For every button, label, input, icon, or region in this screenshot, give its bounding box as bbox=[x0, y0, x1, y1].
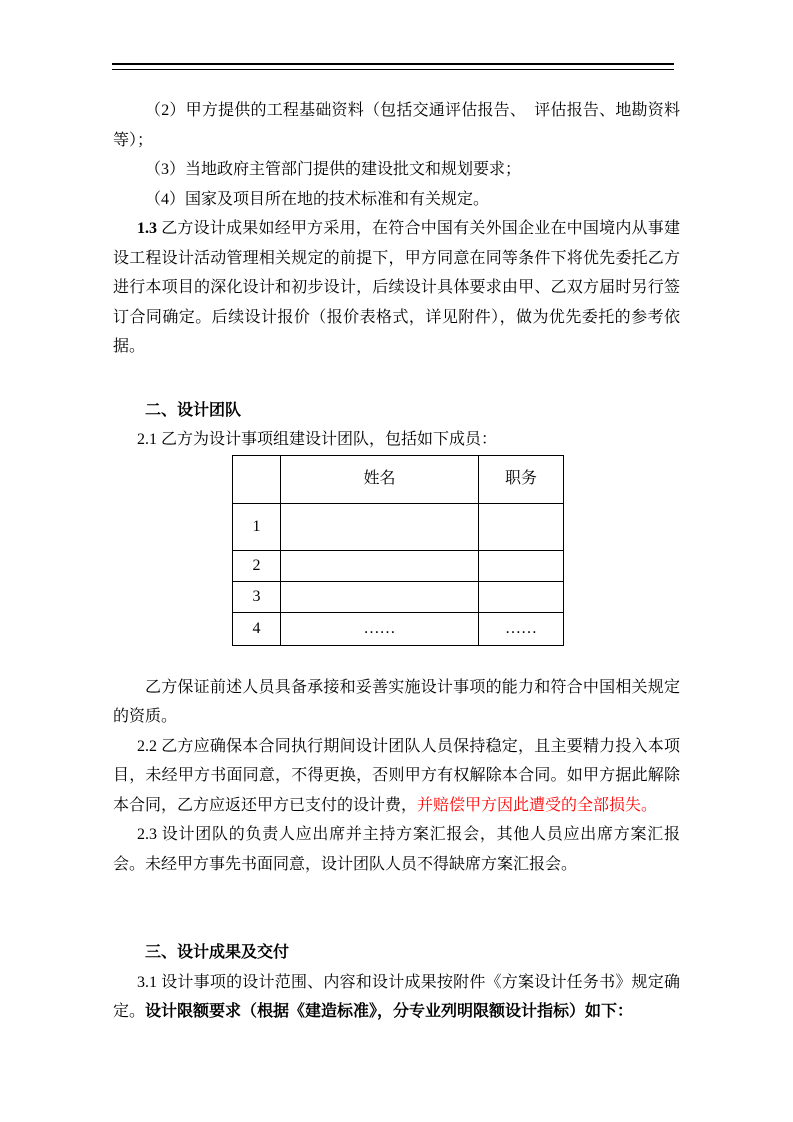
table-cell-name bbox=[281, 550, 479, 581]
paragraph-basis-item-2: （2）甲方提供的工程基础资料（包括交通评估报告、 评估报告、地勘资料等）； bbox=[113, 96, 680, 155]
paragraph-team-guarantee: 乙方保证前述人员具备承接和妥善实施设计事项的能力和符合中国相关规定的资质。 bbox=[113, 673, 680, 732]
paragraph-clause-2-2: 2.2 乙方应确保本合同执行期间设计团队人员保持稳定，且主要精力投入本项目，未经… bbox=[113, 732, 680, 821]
paragraph-clause-3-1: 3.1 设计事项的设计范围、内容和设计成果按附件《方案设计任务书》规定确定。设计… bbox=[113, 968, 680, 1027]
design-team-table: 姓名 职务 1 2 3 bbox=[232, 455, 564, 646]
table-row: 4 …… …… bbox=[233, 612, 564, 645]
table-cell-title bbox=[479, 550, 564, 581]
section-heading-design-team: 二、设计团队 bbox=[113, 396, 680, 426]
table-header-row: 姓名 职务 bbox=[233, 455, 564, 503]
table-header-cell-title: 职务 bbox=[479, 455, 564, 503]
table-cell-name bbox=[281, 503, 479, 550]
bold-requirement-text: 设计限额要求（根据《建造标准》，分专业列明限额设计指标）如下： bbox=[145, 1003, 633, 1020]
table-row: 2 bbox=[233, 550, 564, 581]
table-cell-index: 4 bbox=[233, 612, 281, 645]
paragraph-text: 乙方设计成果如经甲方采用，在符合中国有关外国企业在中国境内从事建设工程设计活动管… bbox=[113, 220, 680, 355]
table-cell-index: 1 bbox=[233, 503, 281, 550]
table-header-cell-name: 姓名 bbox=[281, 455, 479, 503]
document-body: （2）甲方提供的工程基础资料（包括交通评估报告、 评估报告、地勘资料等）； （3… bbox=[113, 96, 680, 1027]
heading-text: 三、设计成果及交付 bbox=[145, 944, 289, 961]
paragraph-text: 2.3 设计团队的负责人应出席并主持方案汇报会，其他人员应出席方案汇报会。未经甲… bbox=[113, 826, 680, 873]
paragraph-text: （3）当地政府主管部门提供的建设批文和规划要求； bbox=[145, 161, 521, 178]
heading-text: 二、设计团队 bbox=[145, 402, 241, 419]
table-cell-name bbox=[281, 581, 479, 612]
table-cell-index: 3 bbox=[233, 581, 281, 612]
table-cell-title bbox=[479, 581, 564, 612]
header-separator-line bbox=[112, 63, 674, 70]
paragraph-clause-2-3: 2.3 设计团队的负责人应出席并主持方案汇报会，其他人员应出席方案汇报会。未经甲… bbox=[113, 820, 680, 879]
paragraph-basis-item-3: （3）当地政府主管部门提供的建设批文和规划要求； bbox=[113, 155, 680, 185]
document-page: （2）甲方提供的工程基础资料（包括交通评估报告、 评估报告、地勘资料等）； （3… bbox=[0, 0, 793, 1122]
design-team-table-wrapper: 姓名 职务 1 2 3 bbox=[232, 455, 680, 646]
emphasis-red-text: 并赔偿甲方因此遭受的全部损失。 bbox=[417, 797, 657, 814]
paragraph-basis-item-4: （4）国家及项目所在地的技术标准和有关规定。 bbox=[113, 185, 680, 215]
table-row: 1 bbox=[233, 503, 564, 550]
paragraph-clause-2-1: 2.1 乙方为设计事项组建设计团队，包括如下成员： bbox=[113, 425, 680, 455]
table-cell-name: …… bbox=[281, 612, 479, 645]
paragraph-clause-1-3: 1.3 乙方设计成果如经甲方采用，在符合中国有关外国企业在中国境内从事建设工程设… bbox=[113, 214, 680, 362]
table-cell-title bbox=[479, 503, 564, 550]
table-row: 3 bbox=[233, 581, 564, 612]
clause-number: 1.3 bbox=[137, 220, 157, 237]
paragraph-text: 乙方保证前述人员具备承接和妥善实施设计事项的能力和符合中国相关规定的资质。 bbox=[113, 679, 680, 726]
table-cell-index: 2 bbox=[233, 550, 281, 581]
paragraph-text: （4）国家及项目所在地的技术标准和有关规定。 bbox=[145, 191, 489, 208]
paragraph-text: （2）甲方提供的工程基础资料（包括交通评估报告、 评估报告、地勘资料等）； bbox=[113, 102, 680, 149]
section-heading-design-deliverables: 三、设计成果及交付 bbox=[113, 938, 680, 968]
table-header-cell-index bbox=[233, 455, 281, 503]
paragraph-text: 2.1 乙方为设计事项组建设计团队，包括如下成员： bbox=[137, 431, 497, 448]
table-cell-title: …… bbox=[479, 612, 564, 645]
